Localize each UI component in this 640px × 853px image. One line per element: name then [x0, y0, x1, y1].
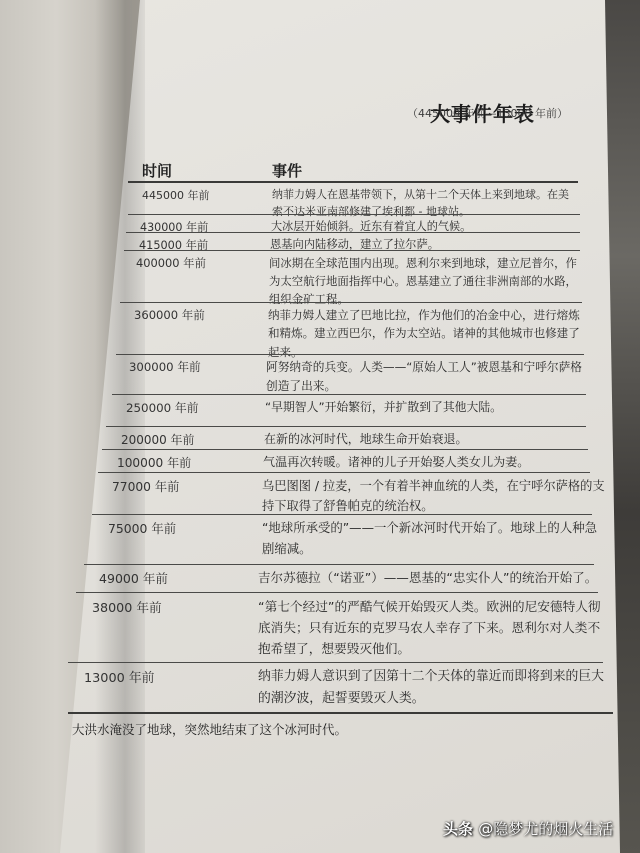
event-line: “地球所承受的”——一个新冰河时代开始了。地球上的人种急 [262, 518, 597, 539]
watermark-handle: @隐梦尤的烟火生活 [478, 820, 613, 838]
event-line: 纳菲力姆人意识到了因第十二个天体的靠近而即将到来的巨大 [258, 666, 604, 688]
row-divider [116, 354, 584, 355]
row-divider [92, 514, 592, 515]
row-event: “地球所承受的”——一个新冰河时代开始了。地球上的人种急剧缩减。 [262, 518, 597, 559]
row-time: 445000 年前 [142, 187, 210, 203]
footer-note: 大洪水淹没了地球，突然地结束了这个冰河时代。 [72, 720, 347, 738]
event-line: 纳菲力姆人在恩基带领下，从第十二个天体上来到地球。在美 [272, 186, 569, 203]
event-line: 在新的冰河时代，地球生命开始衰退。 [264, 430, 467, 449]
event-line: 底消失；只有近东的克罗马农人幸存了下来。恩利尔对人类不 [258, 617, 601, 638]
watermark: 头条 @隐梦尤的烟火生活 [443, 818, 613, 839]
event-line: 和精炼。建立西巴尔，作为太空站。诸神的其他城市也修建了 [268, 324, 580, 342]
event-line: 阿努纳奇的兵变。人类——“原始人工人”被恩基和宁呼尔萨格 [266, 358, 582, 377]
row-time: 400000 年前 [136, 255, 206, 271]
event-line: 创造了出来。 [266, 377, 582, 396]
row-event: “第七个经过”的严酷气候开始毁灭人类。欧洲的尼安德特人彻底消失；只有近东的克罗马… [258, 596, 601, 660]
page-subtitle: （445000 年前—13000 年前） [407, 105, 568, 121]
row-event: 恩基向内陆移动，建立了拉尔萨。 [270, 236, 439, 254]
row-divider [126, 232, 580, 233]
watermark-platform: 头条 [443, 820, 473, 838]
row-event: 纳菲力姆人意识到了因第十二个天体的靠近而即将到来的巨大的潮汐波，起誓要毁灭人类。 [258, 666, 604, 709]
row-time: 13000 年前 [84, 667, 154, 686]
row-time: 100000 年前 [117, 454, 191, 471]
row-divider [106, 426, 586, 427]
row-time: 38000 年前 [92, 597, 162, 616]
event-line: 抱希望了，想要毁灭他们。 [258, 638, 601, 659]
event-line: 恩基向内陆移动，建立了拉尔萨。 [270, 236, 439, 254]
row-divider [102, 449, 588, 450]
event-line: 吉尔苏德拉（“诺亚”）——恩基的“忠实仆人”的统治开始了。 [258, 568, 597, 589]
row-event: 间冰期在全球范围内出现。恩利尔来到地球，建立尼普尔，作为太空航行地面指挥中心。恩… [269, 254, 577, 308]
event-line: 气温再次转暖。诸神的儿子开始娶人类女儿为妻。 [263, 453, 529, 473]
row-event: 气温再次转暖。诸神的儿子开始娶人类女儿为妻。 [263, 453, 529, 473]
row-event: “早期智人”开始繁衍，并扩散到了其他大陆。 [265, 398, 502, 417]
event-line: “早期智人”开始繁衍，并扩散到了其他大陆。 [265, 398, 502, 417]
row-time: 360000 年前 [134, 307, 205, 323]
row-time: 75000 年前 [108, 519, 176, 537]
row-event: 吉尔苏德拉（“诺亚”）——恩基的“忠实仆人”的统治开始了。 [258, 568, 597, 589]
row-event: 在新的冰河时代，地球生命开始衰退。 [264, 430, 467, 449]
event-line: 纳菲力姆人建立了巴地比拉，作为他们的冶金中心，进行熔炼 [268, 306, 580, 324]
row-time: 49000 年前 [99, 569, 168, 587]
event-line: 间冰期在全球范围内出现。恩利尔来到地球，建立尼普尔，作 [269, 254, 577, 272]
event-line: 为太空航行地面指挥中心。恩基建立了通往非洲南部的水路， [269, 272, 577, 290]
row-divider [128, 214, 580, 215]
header-rule [128, 181, 578, 183]
row-time: 300000 年前 [129, 359, 201, 375]
row-event: 纳菲力姆人建立了巴地比拉，作为他们的冶金中心，进行熔炼和精炼。建立西巴尔，作为太… [268, 306, 580, 361]
event-line: 的潮汐波，起誓要毁灭人类。 [258, 688, 604, 710]
column-header-event: 事件 [272, 160, 302, 181]
column-header-time: 时间 [142, 160, 172, 181]
event-line: 剧缩减。 [262, 539, 597, 560]
row-event: 阿努纳奇的兵变。人类——“原始人工人”被恩基和宁呼尔萨格创造了出来。 [266, 358, 582, 396]
row-divider [124, 250, 580, 251]
row-divider [76, 592, 598, 593]
row-time: 250000 年前 [126, 399, 199, 416]
row-time: 77000 年前 [112, 477, 179, 495]
row-divider [98, 472, 590, 473]
table-bottom-rule [68, 712, 613, 714]
event-line: 乌巴图图 / 拉麦，一个有着半神血统的人类，在宁呼尔萨格的支 [262, 476, 605, 496]
row-divider [68, 662, 603, 663]
row-event: 乌巴图图 / 拉麦，一个有着半神血统的人类，在宁呼尔萨格的支持下取得了舒鲁帕克的… [262, 476, 605, 516]
event-line: “第七个经过”的严酷气候开始毁灭人类。欧洲的尼安德特人彻 [258, 596, 601, 617]
row-time: 200000 年前 [121, 431, 194, 448]
row-divider [112, 394, 586, 395]
row-divider [120, 302, 582, 303]
row-divider [84, 564, 594, 565]
